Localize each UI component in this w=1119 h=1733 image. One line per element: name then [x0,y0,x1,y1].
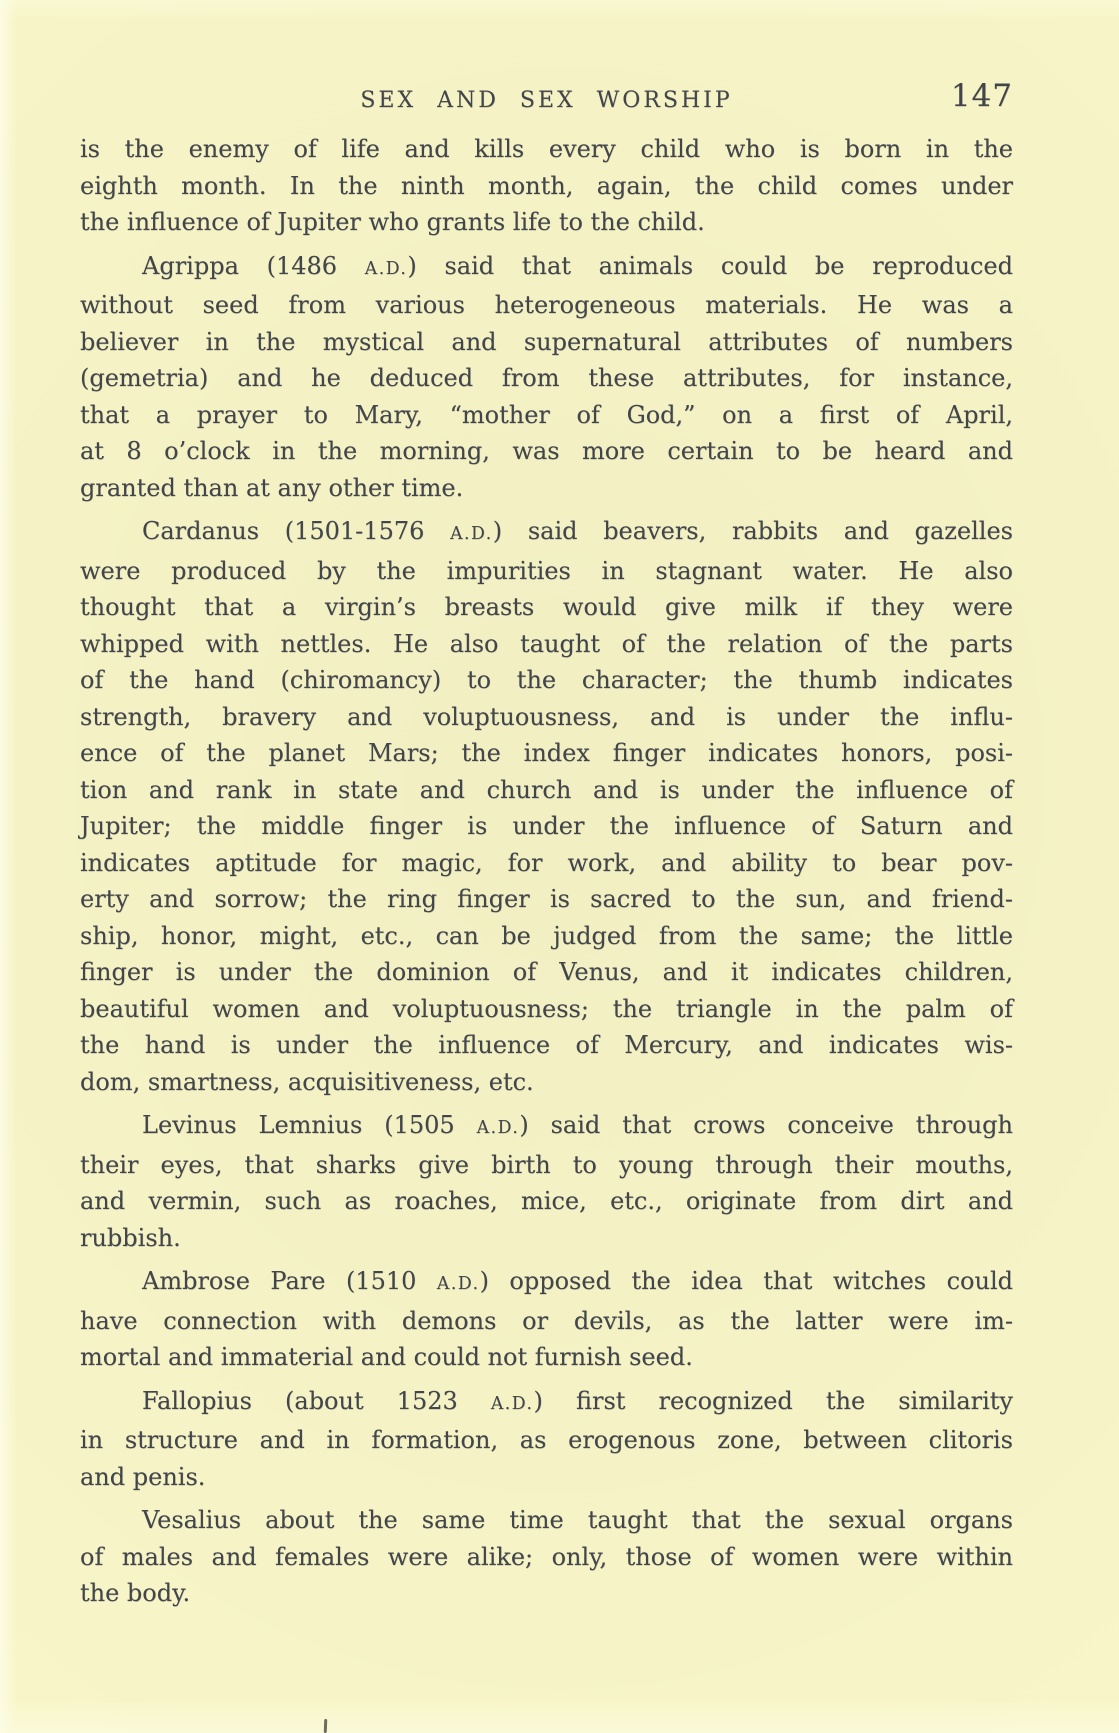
text-line: eighth month. In the ninth month, again,… [80,168,1013,205]
text-line: thought that a virgin’s breasts would gi… [80,589,1013,626]
text-line: the hand is under the influence of Mercu… [80,1027,1013,1064]
text-line: Cardanus (1501-1576 A.D.) said beavers, … [80,513,1013,553]
text-line: Jupiter; the middle finger is under the … [80,808,1013,845]
text-line: granted than at any other time. [80,470,1013,507]
paragraph: Agrippa (1486 A.D.) said that animals co… [80,248,1013,507]
era-abbreviation: A.D. [365,259,408,279]
book-page: SEX AND SEX WORSHIP 147 is the enemy of … [0,0,1119,1733]
paragraph: Cardanus (1501-1576 A.D.) said beavers, … [80,513,1013,1100]
text-line: the influence of Jupiter who grants life… [80,204,1013,241]
text-line: and penis. [80,1459,1013,1496]
text-line: without seed from various heterogeneous … [80,287,1013,324]
text-line: of the hand (chiromancy) to the characte… [80,662,1013,699]
era-abbreviation: A.D. [450,524,493,544]
text-line: is the enemy of life and kills every chi… [80,131,1013,168]
text-line: beautiful women and voluptuousness; the … [80,991,1013,1028]
text-line: tion and rank in state and church and is… [80,772,1013,809]
text-line: have connection with demons or devils, a… [80,1303,1013,1340]
text-line: Fallopius (about 1523 A.D.) first recogn… [80,1383,1013,1423]
page-number: 147 [951,78,1013,114]
text-line: dom, smartness, acquisitiveness, etc. [80,1064,1013,1101]
text-line: at 8 o’clock in the morning, was more ce… [80,433,1013,470]
text-line: in structure and in formation, as erogen… [80,1422,1013,1459]
running-head-title: SEX AND SEX WORSHIP [80,88,1013,113]
text-line: (gemetria) and he deduced from these att… [80,360,1013,397]
text-line: their eyes, that sharks give birth to yo… [80,1147,1013,1184]
text-line: whipped with nettles. He also taught of … [80,626,1013,663]
text-line: Levinus Lemnius (1505 A.D.) said that cr… [80,1107,1013,1147]
text-line: rubbish. [80,1220,1013,1257]
text-line: mortal and immaterial and could not furn… [80,1339,1013,1376]
text-line: ence of the planet Mars; the index finge… [80,735,1013,772]
scan-stray-mark [324,1719,327,1733]
text-line: strength, bravery and voluptuousness, an… [80,699,1013,736]
text-line: of males and females were alike; only, t… [80,1539,1013,1576]
text-line: that a prayer to Mary, “mother of God,” … [80,397,1013,434]
text-line: indicates aptitude for magic, for work, … [80,845,1013,882]
text-line: were produced by the impurities in stagn… [80,553,1013,590]
era-abbreviation: A.D. [491,1394,534,1414]
paragraph: Levinus Lemnius (1505 A.D.) said that cr… [80,1107,1013,1256]
paragraph: Ambrose Pare (1510 A.D.) opposed the ide… [80,1263,1013,1376]
text-line: erty and sorrow; the ring finger is sacr… [80,881,1013,918]
paragraph: is the enemy of life and kills every chi… [80,131,1013,241]
paragraph: Vesalius about the same time taught that… [80,1502,1013,1612]
text-line: and vermin, such as roaches, mice, etc.,… [80,1183,1013,1220]
text-line: believer in the mystical and supernatura… [80,324,1013,361]
text-line: Agrippa (1486 A.D.) said that animals co… [80,248,1013,288]
era-abbreviation: A.D. [437,1274,480,1294]
page-body: is the enemy of life and kills every chi… [80,131,1013,1612]
text-line: the body. [80,1575,1013,1612]
paragraph: Fallopius (about 1523 A.D.) first recogn… [80,1383,1013,1496]
text-line: Ambrose Pare (1510 A.D.) opposed the ide… [80,1263,1013,1303]
era-abbreviation: A.D. [477,1118,520,1138]
text-line: finger is under the dominion of Venus, a… [80,954,1013,991]
page-header: SEX AND SEX WORSHIP 147 [80,84,1013,120]
text-line: Vesalius about the same time taught that… [80,1502,1013,1539]
text-line: ship, honor, might, etc., can be judged … [80,918,1013,955]
